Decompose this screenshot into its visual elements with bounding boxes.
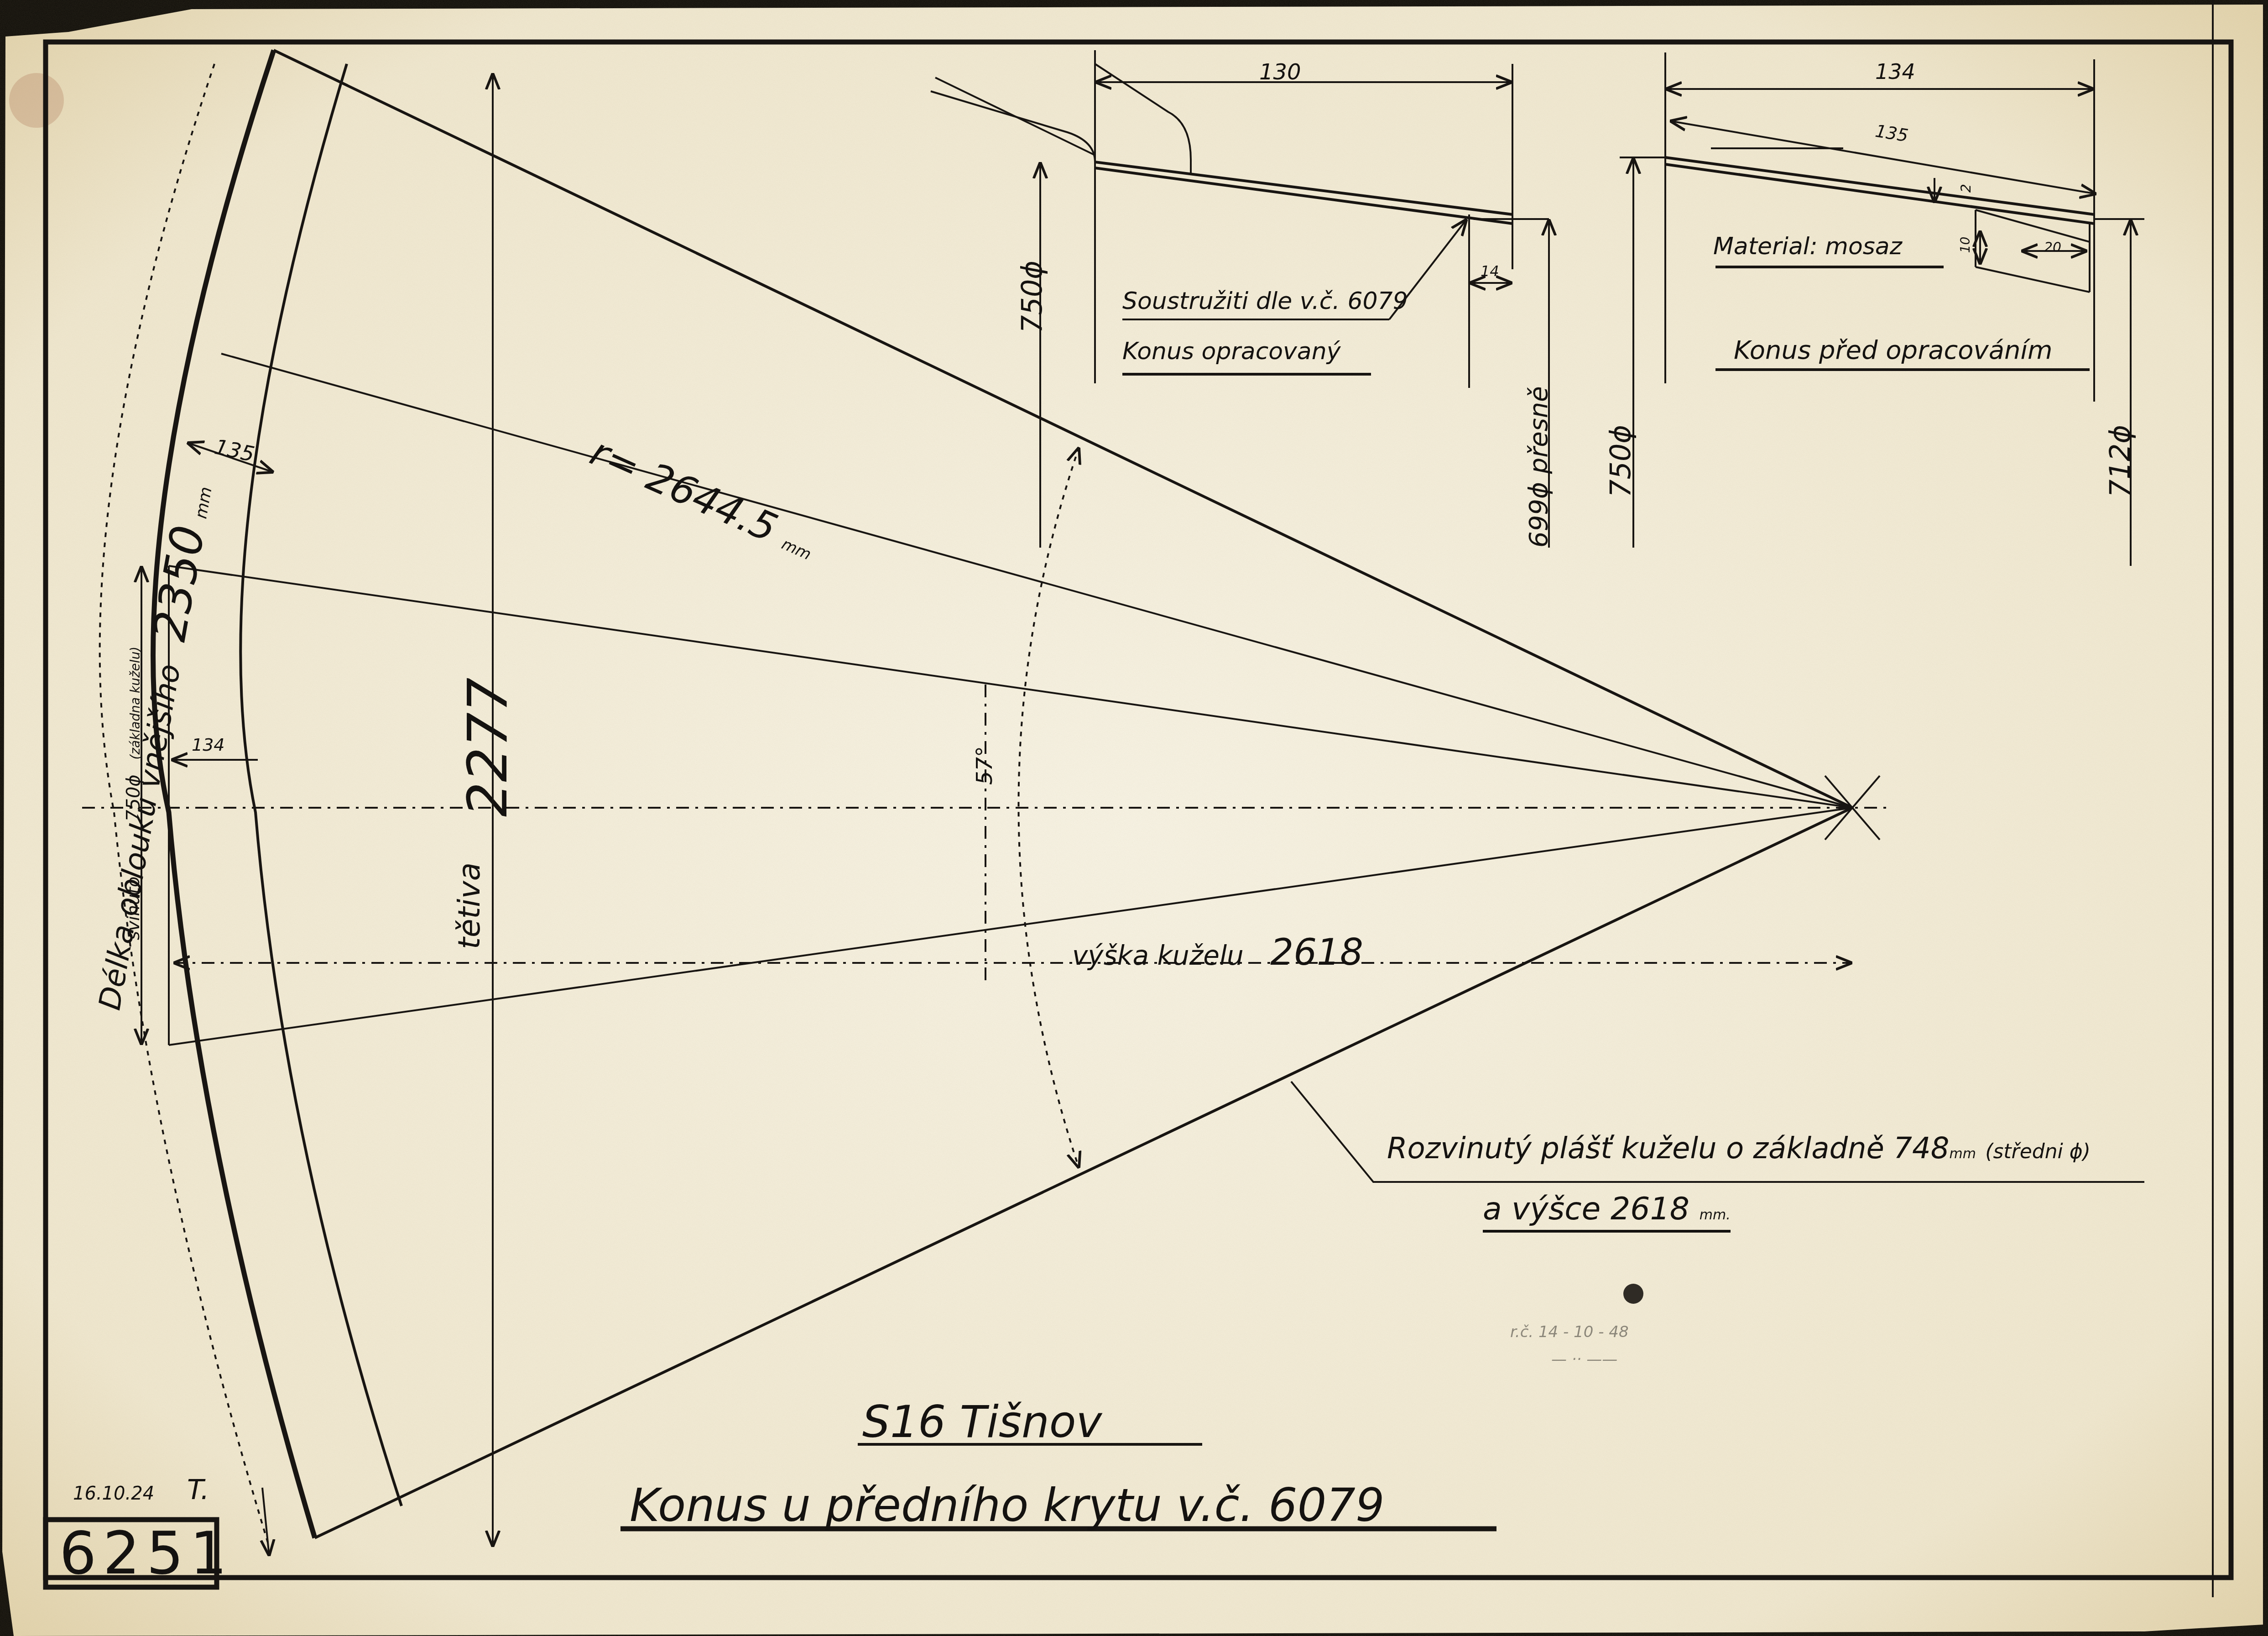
- angle-label: 57°: [972, 746, 997, 785]
- machined-dia-large: 750ϕ: [1015, 261, 1048, 333]
- raw-flange-height: 10: [1958, 237, 1973, 253]
- machined-dia-small: 699ϕ přesně: [1524, 386, 1554, 548]
- raw-length: 134: [1875, 59, 1915, 84]
- raw-slant-length: 135: [1874, 121, 1910, 146]
- machined-title: Konus opracovaný: [1122, 338, 1340, 365]
- rolled-label: svinuto: [123, 877, 143, 940]
- radius-label: r= 2644.5 mm: [584, 429, 823, 569]
- technical-drawing-sheet: r.č. 14 - 10 - 48 — ·· —— 6251 16.10.24 …: [0, 0, 2268, 1636]
- drawing-number: 6251: [59, 1520, 234, 1588]
- machined-lip: 14: [1481, 262, 1499, 280]
- width-outer-label: 135: [212, 434, 256, 466]
- height-label: výška kuželu 2618: [1072, 931, 1363, 973]
- drawing-date: 16.10.24: [73, 1483, 154, 1504]
- development-note-line1: Rozvinutý plášť kuželu o základně 748mm …: [1387, 1132, 2091, 1166]
- drawing-location: S16 Tišnov: [862, 1396, 1102, 1448]
- raw-flange-width: 20: [2044, 240, 2061, 256]
- drawer-initial: T.: [187, 1474, 209, 1506]
- machined-instruction: Soustružiti dle v.č. 6079: [1122, 287, 1408, 315]
- raw-dia-large: 750ϕ: [1604, 425, 1637, 497]
- raw-title: Konus před opracováním: [1734, 335, 2053, 365]
- rolled-diameter: 750ϕ (základna kuželu): [123, 647, 144, 821]
- raw-dia-small: 712ϕ: [2103, 425, 2137, 497]
- raw-thickness: 2: [1958, 184, 1974, 193]
- machined-length: 130: [1259, 59, 1301, 85]
- chord-label: tětiva: [452, 862, 487, 949]
- width-inner-label: 134: [192, 735, 225, 755]
- development-note-line2: a výšce 2618 mm.: [1483, 1191, 1731, 1233]
- drawing-title: Konus u předního krytu v.č. 6079: [630, 1479, 1385, 1532]
- raw-material: Material: mosaz: [1713, 233, 1902, 260]
- chord-value: 2277: [456, 678, 520, 817]
